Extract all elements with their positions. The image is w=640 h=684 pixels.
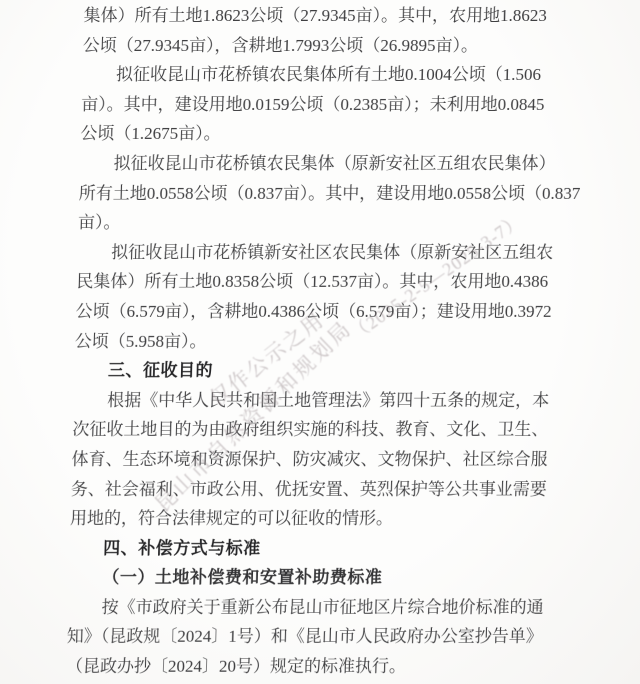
text-line: 亩）。其中，建设用地0.0159公顷（0.2385亩）；未利用地0.0845	[81, 90, 576, 120]
text-line: 公顷（27.9345亩），含耕地1.7993公顷（26.9895亩）。	[82, 31, 577, 61]
text-line: 按《市政府关于重新公布昆山市征地区片综合地价标准的通	[67, 593, 562, 623]
text-line: 民集体）所有土地0.8358公顷（12.537亩）。其中，农用地0.4386	[76, 267, 571, 297]
document-body: 集体）所有土地1.8623公顷（27.9345亩）。其中，农用地1.8623公顷…	[66, 1, 578, 682]
text-line: 务、社会福利、市政公用、优抚安置、英烈保护等公共事业需要	[70, 475, 565, 505]
notice-page: 集体）所有土地1.8623公顷（27.9345亩）。其中，农用地1.8623公顷…	[0, 0, 640, 684]
text-line: 次征收土地目的为由政府组织实施的科技、教育、文化、卫生、	[72, 415, 567, 445]
text-line: 拟征收昆山市花桥镇农民集体所有土地0.1004公顷（1.506	[82, 60, 577, 90]
section-heading: 四、补偿方式与标准	[69, 534, 564, 564]
text-line: （昆政办抄〔2024〕20号）规定的标准执行。	[66, 652, 561, 682]
text-line: 公顷（5.958亩）。	[74, 327, 569, 357]
text-line: 亩）。	[78, 208, 573, 238]
section-heading: 三、征收目的	[74, 356, 569, 386]
text-line: 体育、生态环境和资源保护、防灾减灾、文物保护、社区综合服	[71, 445, 566, 475]
text-line: 根据《中华人民共和国土地管理法》第四十五条的规定，本	[73, 386, 568, 416]
text-line: 拟征收昆山市花桥镇新安社区农民集体（原新安社区五组农	[77, 238, 572, 268]
sub-heading: （一）土地补偿费和安置补助费标准	[68, 563, 563, 593]
text-line: 公顷（6.579亩），含耕地0.4386公顷（6.579亩）；建设用地0.397…	[75, 297, 570, 327]
text-line: 所有土地0.0558公顷（0.837亩）。其中，建设用地0.0558公顷（0.8…	[78, 179, 573, 209]
text-line: 公顷（1.2675亩）。	[80, 119, 575, 149]
text-line: 拟征收昆山市花桥镇农民集体（原新安社区五组农民集体）	[79, 149, 574, 179]
text-line: 用地的，符合法律规定的可以征收的情形。	[70, 504, 565, 534]
text-line: 集体）所有土地1.8623公顷（27.9345亩）。其中，农用地1.8623	[83, 1, 578, 31]
text-line: 知》（昆政规〔2024〕1号）和《昆山市人民政府办公室抄告单》	[66, 622, 561, 652]
